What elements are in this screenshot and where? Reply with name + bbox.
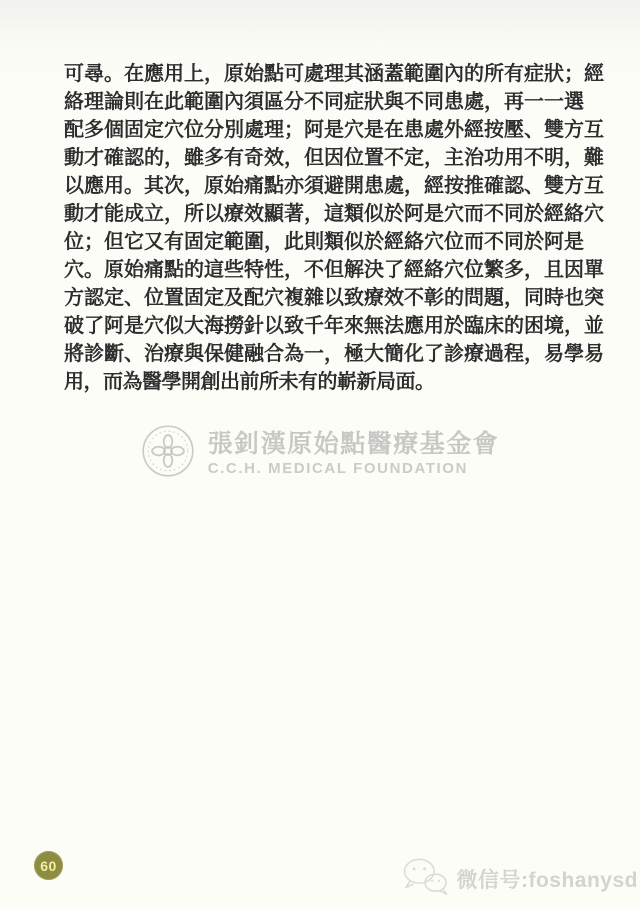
foundation-name-en: C.C.H. MEDICAL FOUNDATION [208, 461, 500, 476]
paragraph-line: 用，而為醫學開創出前所未有的嶄新局面。 [64, 368, 581, 396]
paragraph-line: 配多個固定穴位分別處理；阿是穴是在患處外經按壓、雙方互 [64, 116, 581, 144]
foundation-emblem-icon [141, 424, 195, 483]
wechat-icon [402, 856, 450, 901]
paragraph-line: 可尋。在應用上，原始點可處理其涵蓋範圍內的所有症狀；經 [64, 60, 581, 88]
paragraph-line: 將診斷、治療與保健融合為一，極大簡化了診療過程，易學易 [64, 340, 581, 368]
paragraph-line: 位；但它又有固定範圍，此則類似於經絡穴位而不同於阿是 [64, 228, 581, 256]
wechat-id-label: 微信号:foshanysd [456, 864, 638, 894]
paragraph-line: 破了阿是穴似大海撈針以致千年來無法應用於臨床的困境，並 [64, 312, 581, 340]
paragraph-line: 穴。原始痛點的這些特性，不但解決了經絡穴位繁多，且因單 [64, 256, 581, 284]
body-paragraph: 可尋。在應用上，原始點可處理其涵蓋範圍內的所有症狀；經 絡理論則在此範圍內須區分… [64, 60, 581, 396]
page-number-badge: 60 [34, 851, 63, 880]
foundation-name-block: 張釗漢原始點醫療基金會 C.C.H. MEDICAL FOUNDATION [208, 432, 500, 476]
paragraph-line: 以應用。其次，原始痛點亦須避開患處，經按推確認、雙方互 [64, 172, 581, 200]
paragraph-line: 方認定、位置固定及配穴複雜以致療效不彰的問題，同時也突 [64, 284, 581, 312]
paragraph-line: 絡理論則在此範圍內須區分不同症狀與不同患處，再一一選 [64, 88, 581, 116]
scanned-book-page: 可尋。在應用上，原始點可處理其涵蓋範圍內的所有症狀；經 絡理論則在此範圍內須區分… [0, 0, 640, 907]
paragraph-line: 動才確認的，雖多有奇效，但因位置不定，主治功用不明，難 [64, 144, 581, 172]
paragraph-line: 動才能成立，所以療效顯著，這類似於阿是穴而不同於經絡穴 [64, 200, 581, 228]
wechat-watermark: 微信号:foshanysd [402, 856, 638, 901]
foundation-watermark-logo: 張釗漢原始點醫療基金會 C.C.H. MEDICAL FOUNDATION [0, 424, 640, 483]
foundation-name-zh: 張釗漢原始點醫療基金會 [208, 432, 500, 457]
